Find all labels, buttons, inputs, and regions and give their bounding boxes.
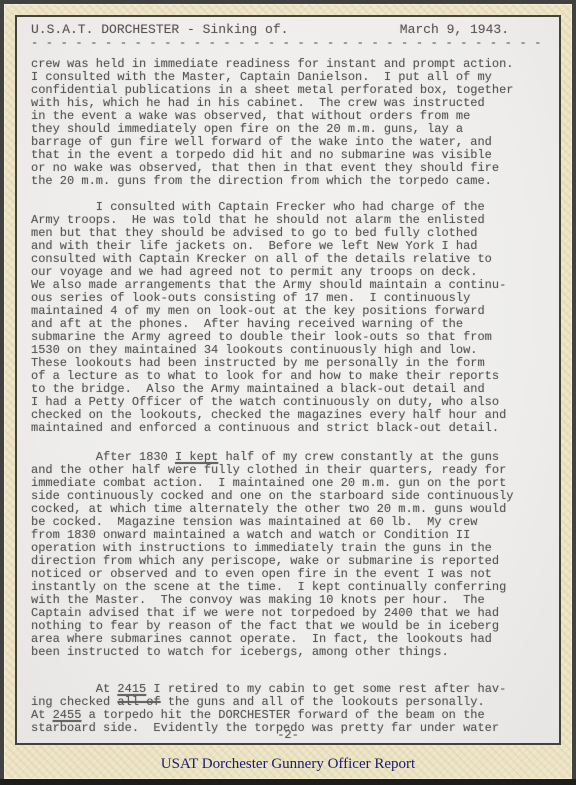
text-line: maintained and enforced a continuous and…	[31, 422, 543, 435]
caption-text: USAT Dorchester Gunnery Officer Report	[161, 756, 415, 773]
paragraph-2: I consulted with Captain Frecker who had…	[31, 201, 543, 435]
caption-band: USAT Dorchester Gunnery Officer Report	[4, 749, 572, 779]
dashed-separator: - - - - - - - - - - - - - - - - - - - - …	[31, 37, 543, 50]
document-body: crew was held in immediate readiness for…	[31, 58, 543, 735]
text-line: been instructed to watch for icebergs, a…	[31, 646, 543, 659]
border-mat: U.S.A.T. DORCHESTER - Sinking of. March …	[4, 4, 572, 779]
scan-bottom-edge	[0, 779, 576, 785]
pen-underline-mark: I kept	[175, 450, 218, 464]
document-page: U.S.A.T. DORCHESTER - Sinking of. March …	[15, 15, 561, 745]
document-date: March 9, 1943.	[400, 23, 509, 37]
pen-underline-mark: 2415	[117, 682, 146, 696]
paragraph-3: After 1830 I kept half of my crew consta…	[31, 451, 543, 659]
pen-strike-mark: all of	[117, 695, 160, 709]
pen-underline-mark: 2455	[53, 708, 82, 722]
document-title: U.S.A.T. DORCHESTER - Sinking of.	[31, 23, 288, 37]
page-number: -2-	[17, 728, 559, 743]
text-line: the 20 m.m. guns from the direction from…	[31, 175, 543, 188]
document-header: U.S.A.T. DORCHESTER - Sinking of. March …	[31, 23, 543, 37]
paragraph-1: crew was held in immediate readiness for…	[31, 58, 543, 188]
